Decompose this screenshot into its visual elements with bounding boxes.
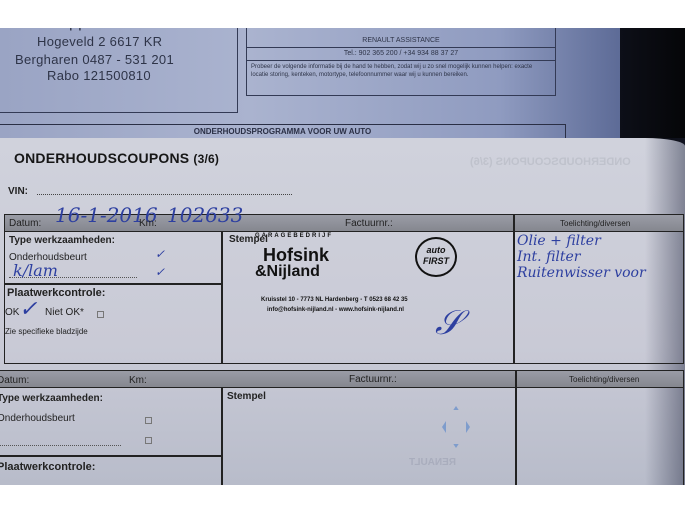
remark-line-2[interactable]: Int. filter [517, 249, 581, 265]
coupon-2-header [0, 371, 515, 388]
ok-label: OK [5, 307, 19, 318]
remark-line-1[interactable]: Olie + filter [517, 233, 601, 249]
assistance-title: RENAULT ASSISTANCE [247, 35, 555, 48]
assistance-phone: Tel.: 902 365 200 / +34 934 88 37 27 [247, 48, 555, 61]
km-label: Km: [139, 218, 157, 229]
dealer-address-box: Goppes b.v. Hogeveld 2 6617 KR Bergharen… [0, 28, 238, 113]
extra-checkbox-2[interactable] [145, 437, 152, 444]
dealer-city-phone: Bergharen 0487 - 531 201 [15, 52, 174, 67]
service-checkmark[interactable]: ✓ [155, 247, 165, 261]
not-ok-label: Niet OK* [45, 307, 84, 318]
invoice-label-2: Factuurnr.: [349, 374, 397, 385]
title-text: ONDERHOUDSCOUPONS [14, 150, 189, 166]
back-page: Goppes b.v. Hogeveld 2 6617 KR Bergharen… [0, 28, 625, 148]
remarks-label: Toelichting/diversen [560, 219, 630, 228]
stamp-address: Kruisstel 10 - 7773 NL Hardenberg - T 05… [261, 297, 408, 303]
remarks-label-2: Toelichting/diversen [569, 375, 639, 384]
faded-stamp-text: RENAULT [409, 457, 456, 468]
work-type-label: Type werkzaamheden: [9, 235, 115, 246]
stamp-name-2: &Nijland [255, 263, 320, 281]
stamp-label-2: Stempel [227, 391, 266, 402]
bleed-through-text: ONDERHOUDSCOUPONS (3/6) [470, 156, 631, 168]
stamp-arc-text: GARAGEBEDRIJF [255, 233, 333, 239]
ok-checkmark[interactable]: ✓ [19, 297, 37, 322]
date-label-2: Datum: [0, 375, 29, 386]
title-suffix: (3/6) [193, 152, 219, 166]
invoice-label: Factuurnr.: [345, 218, 393, 229]
dealer-bank: Rabo 121500810 [47, 68, 151, 83]
dealer-address: Hogeveld 2 6617 KR [37, 34, 162, 49]
dealer-name: Goppes b.v. [47, 28, 135, 32]
front-page: ONDERHOUDSCOUPONS (3/6) ONDERHOUDSCOUPON… [0, 138, 685, 485]
assistance-box: RENAULT ASSISTANCE Tel.: 902 365 200 / +… [246, 28, 556, 96]
service-booklet-photo: Goppes b.v. Hogeveld 2 6617 KR Bergharen… [0, 28, 685, 485]
autofirst-logo: auto FIRST [415, 237, 457, 277]
stamp-web: info@hofsink-nijland.nl - www.hofsink-ni… [267, 307, 404, 313]
work-type-label-2: Type werkzaamheden: [0, 393, 103, 404]
signature: 𝒮 [435, 303, 461, 343]
km-label-2: Km: [129, 375, 147, 386]
body-check-label-2: Plaatwerkcontrole: [0, 461, 95, 473]
coupon-1: Datum: 16-1-2016 Km: 102633 Factuurnr.: … [4, 214, 684, 364]
assistance-note: Probeer de volgende informatie bij de ha… [251, 63, 551, 79]
service-checkbox-2[interactable] [145, 417, 152, 424]
renault-logo-icon [437, 401, 467, 446]
coupon-2: Datum: Km: Factuurnr.: Toelichting/diver… [0, 370, 684, 485]
vin-field[interactable] [37, 194, 292, 195]
extra-checkmark[interactable]: ✓ [155, 265, 165, 279]
see-page-note: Zie specifieke bladzijde [5, 327, 88, 336]
km-value[interactable]: 102633 [167, 203, 243, 227]
service-item-2: Onderhoudsbeurt [0, 413, 75, 424]
page-title: ONDERHOUDSCOUPONS (3/6) [14, 150, 219, 166]
vin-label: VIN: [8, 186, 28, 197]
extra-item[interactable]: k/lam [13, 261, 58, 280]
not-ok-checkbox[interactable] [97, 311, 104, 318]
date-label: Datum: [9, 218, 41, 229]
remark-line-3[interactable]: Ruitenwisser voor [517, 265, 646, 281]
